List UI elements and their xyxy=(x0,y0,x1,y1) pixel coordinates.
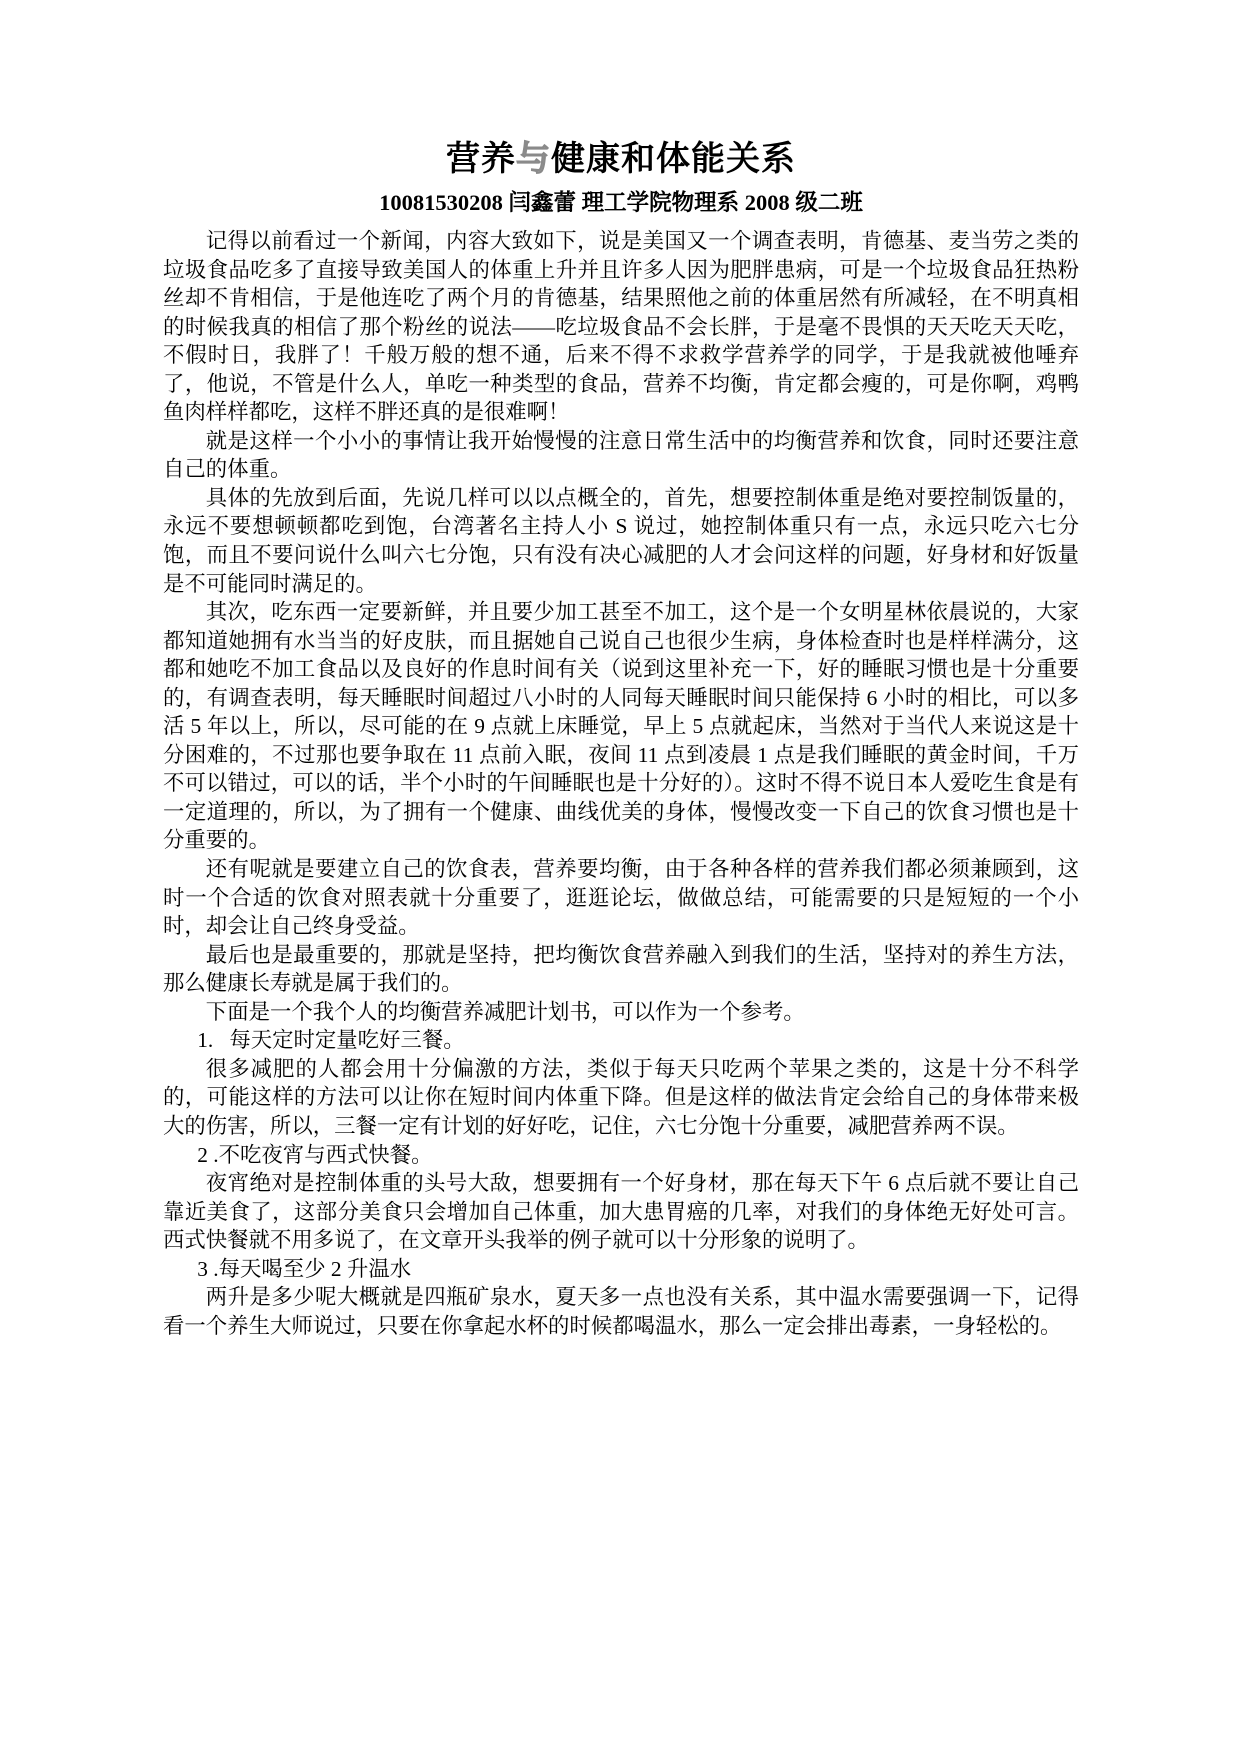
paragraph: 两升是多少呢大概就是四瓶矿泉水，夏天多一点也没有关系，其中温水需要强调一下，记得… xyxy=(163,1283,1079,1340)
paragraph: 夜宵绝对是控制体重的头号大敌，想要拥有一个好身材，那在每天下午 6 点后就不要让… xyxy=(163,1169,1079,1255)
paragraph: 就是这样一个小小的事情让我开始慢慢的注意日常生活中的均衡营养和饮食，同时还要注意… xyxy=(163,427,1079,484)
list-item-2: 2 .不吃夜宵与西式快餐。 xyxy=(163,1141,1079,1170)
list-item-3: 3 .每天喝至少 2 升温水 xyxy=(163,1255,1079,1284)
paragraph: 最后也是最重要的，那就是坚持，把均衡饮食营养融入到我们的生活，坚持对的养生方法，… xyxy=(163,941,1079,998)
page-title: 营养与健康和体能关系 xyxy=(163,136,1079,182)
title-conjunction: 与 xyxy=(516,139,551,179)
title-post: 健康和体能关系 xyxy=(551,139,796,179)
paragraph: 还有呢就是要建立自己的饮食表，营养要均衡，由于各种各样的营养我们都必须兼顾到，这… xyxy=(163,855,1079,941)
paragraph: 很多减肥的人都会用十分偏激的方法，类似于每天只吃两个苹果之类的，这是十分不科学的… xyxy=(163,1055,1079,1141)
document-page: 营养与健康和体能关系 10081530208 闫鑫蕾 理工学院物理系 2008 … xyxy=(0,0,1241,1754)
paragraph: 其次，吃东西一定要新鲜，并且要少加工甚至不加工，这个是一个女明星林依晨说的，大家… xyxy=(163,598,1079,855)
document-content: 营养与健康和体能关系 10081530208 闫鑫蕾 理工学院物理系 2008 … xyxy=(163,136,1079,1340)
byline: 10081530208 闫鑫蕾 理工学院物理系 2008 级二班 xyxy=(163,186,1079,220)
paragraph: 下面是一个我个人的均衡营养减肥计划书，可以作为一个参考。 xyxy=(163,998,1079,1027)
document-body: 记得以前看过一个新闻，内容大致如下，说是美国又一个调查表明，肯德基、麦当劳之类的… xyxy=(163,227,1079,1340)
paragraph: 记得以前看过一个新闻，内容大致如下，说是美国又一个调查表明，肯德基、麦当劳之类的… xyxy=(163,227,1079,427)
title-pre: 营养 xyxy=(446,139,516,179)
paragraph: 具体的先放到后面，先说几样可以以点概全的，首先，想要控制体重是绝对要控制饭量的，… xyxy=(163,484,1079,598)
list-item-1: 1. 每天定时定量吃好三餐。 xyxy=(163,1026,1079,1055)
